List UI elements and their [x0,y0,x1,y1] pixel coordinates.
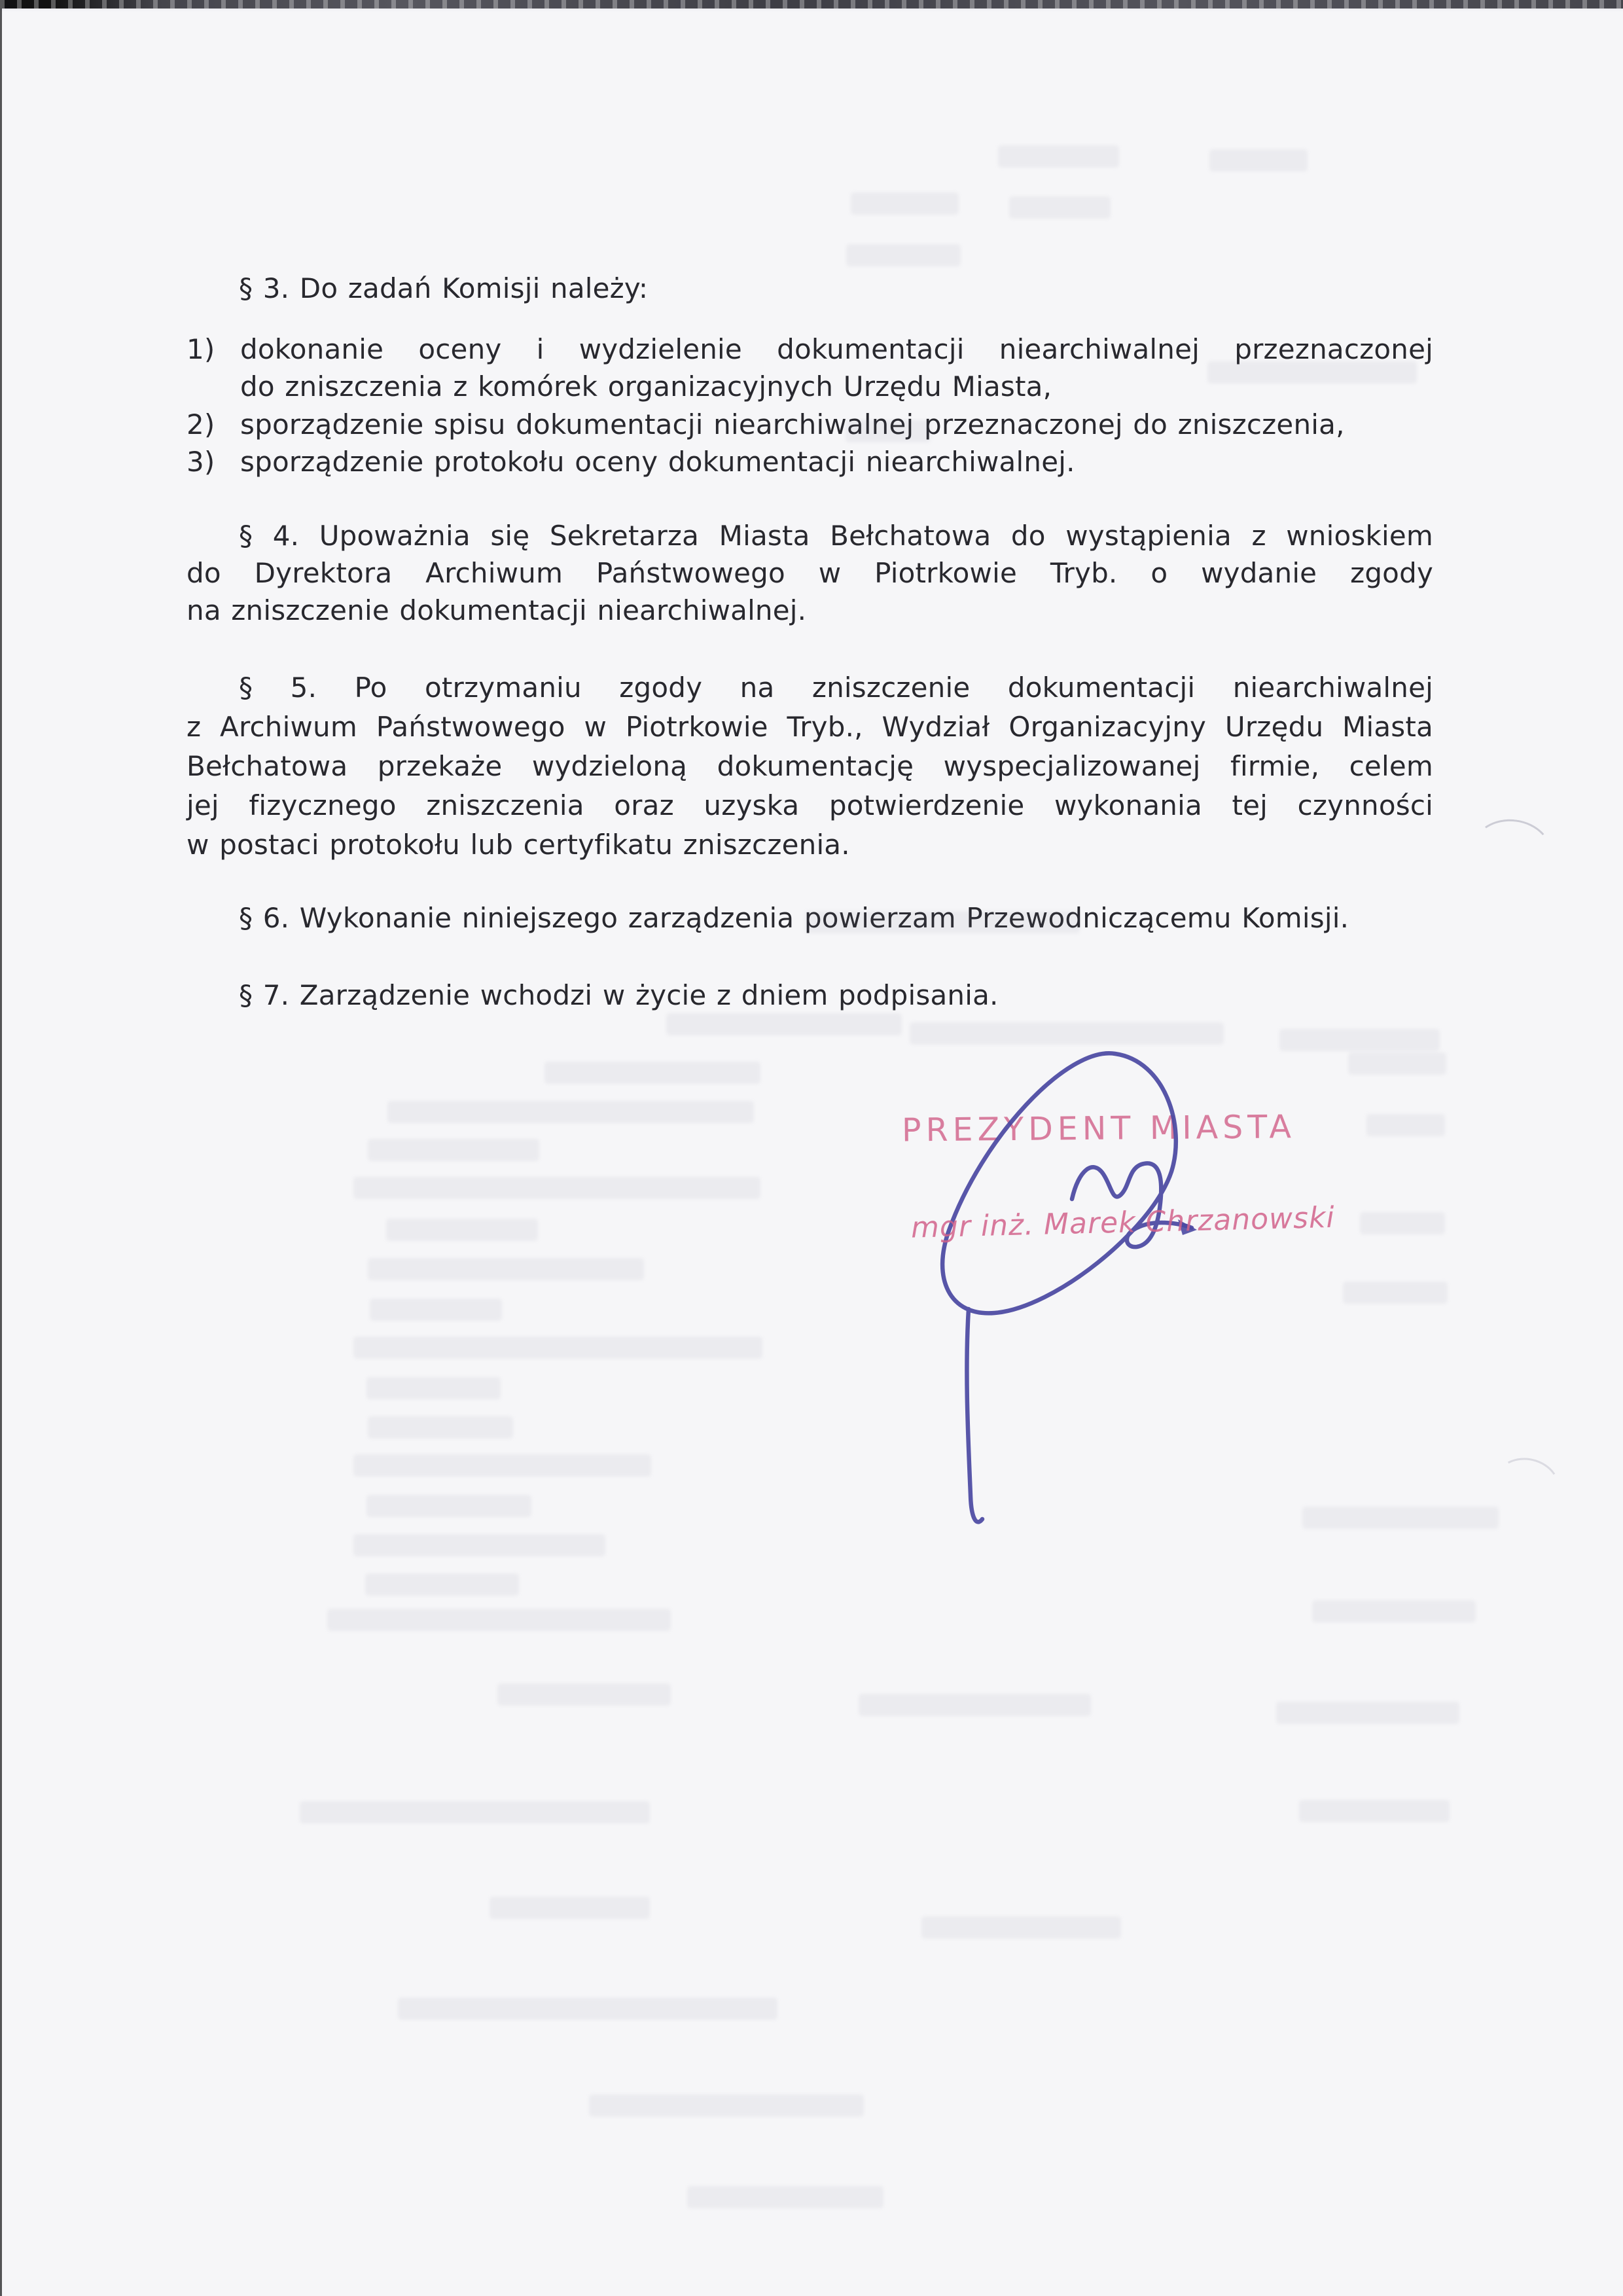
list-number: 3) [187,443,215,480]
bleedthrough-line [327,1609,671,1631]
line-text: § 5. Po otrzymaniu zgody na zniszczenie … [239,669,1433,706]
bleedthrough-line [1348,1052,1446,1075]
bleedthrough-line [387,1101,754,1123]
bleedthrough-line [386,1219,538,1241]
paragraph-line: w postaci protokołu lub certyfikatu znis… [187,826,1433,863]
bleedthrough-line [1343,1282,1448,1304]
bleedthrough-line [846,244,961,266]
line-text: Bełchatowa przekaże wydzieloną dokumenta… [187,747,1433,785]
line-text: sporządzenie spisu dokumentacji niearchi… [240,406,1433,443]
bleedthrough-line [368,1416,513,1439]
paragraph-line: § 3. Do zadań Komisji należy: [187,270,1433,307]
scan-artifact-bottom-edge [0,0,1623,9]
bleedthrough-line [368,1258,644,1280]
bleedthrough-line [366,1377,501,1399]
bleedthrough-line [859,1694,1091,1716]
line-text: jej fizycznego zniszczenia oraz uzyska p… [187,787,1433,824]
bleedthrough-line [368,1139,539,1161]
bleedthrough-line [1276,1702,1459,1724]
paragraph-line: z Archiwum Państwowego w Piotrkowie Tryb… [187,708,1433,745]
bleedthrough-line [353,1177,760,1199]
bleedthrough-line [544,1062,760,1084]
line-text: z Archiwum Państwowego w Piotrkowie Tryb… [187,708,1433,745]
bleedthrough-line [1302,1507,1499,1529]
list-number: 2) [187,406,215,443]
bleedthrough-line [666,1013,902,1035]
line-text: § 7. Zarządzenie wchodzi w życie z dniem… [239,977,1433,1014]
bleedthrough-line [300,1801,650,1823]
bleedthrough-line [366,1495,531,1517]
bleedthrough-line [1360,1212,1445,1234]
list-item-line: 3)sporządzenie protokołu oceny dokumenta… [187,443,1433,480]
scan-artifact-arc [1488,1451,1566,1522]
bleedthrough-line [1207,361,1417,384]
list-number: 1) [187,331,215,368]
handwritten-signature [903,1034,1217,1551]
list-item-line: 2)sporządzenie spisu dokumentacji niearc… [187,406,1433,443]
bleedthrough-line [353,1534,605,1556]
paragraph-line: Bełchatowa przekaże wydzieloną dokumenta… [187,747,1433,785]
bleedthrough-line [687,2186,883,2208]
bleedthrough-line [497,1683,671,1706]
line-text: § 4. Upoważnia się Sekretarza Miasta Beł… [239,517,1433,554]
bleedthrough-line [998,145,1119,168]
line-text: w postaci protokołu lub certyfikatu znis… [187,826,1433,863]
bleedthrough-line [353,1454,651,1477]
bleedthrough-line [1279,1029,1440,1051]
paragraph-line: § 4. Upoważnia się Sekretarza Miasta Beł… [187,517,1433,554]
bleedthrough-line [589,2094,864,2117]
bleedthrough-line [490,1897,650,1919]
bleedthrough-line [1009,196,1111,219]
line-text: do Dyrektora Archiwum Państwowego w Piot… [187,554,1433,592]
bleedthrough-line [1209,149,1308,171]
bleedthrough-line [353,1336,762,1359]
bleedthrough-line [921,1916,1121,1939]
bleedthrough-line [851,192,959,215]
bleedthrough-line [846,420,931,442]
paragraph-line: § 5. Po otrzymaniu zgody na zniszczenie … [187,669,1433,706]
line-text: na zniszczenie dokumentacji niearchiwaln… [187,592,1433,629]
line-text: sporządzenie protokołu oceny dokumentacj… [240,443,1433,480]
line-text: § 3. Do zadań Komisji należy: [239,270,1433,307]
paragraph-line: § 7. Zarządzenie wchodzi w życie z dniem… [187,977,1433,1014]
scan-artifact-arc [1467,815,1556,891]
bleedthrough-line [1366,1114,1445,1136]
bleedthrough-line [1312,1600,1476,1623]
paragraph-line: na zniszczenie dokumentacji niearchiwaln… [187,592,1433,629]
bleedthrough-line [1299,1800,1450,1822]
scan-artifact-left-edge [0,0,2,2296]
bleedthrough-line [398,1998,777,2020]
paragraph-line: jej fizycznego zniszczenia oraz uzyska p… [187,787,1433,824]
scanned-document-page: § 3. Do zadań Komisji należy:1)dokonanie… [0,0,1623,2296]
paragraph-line: do Dyrektora Archiwum Państwowego w Piot… [187,554,1433,592]
bleedthrough-line [370,1299,502,1321]
bleedthrough-line [805,911,1080,933]
bleedthrough-line [365,1573,519,1596]
